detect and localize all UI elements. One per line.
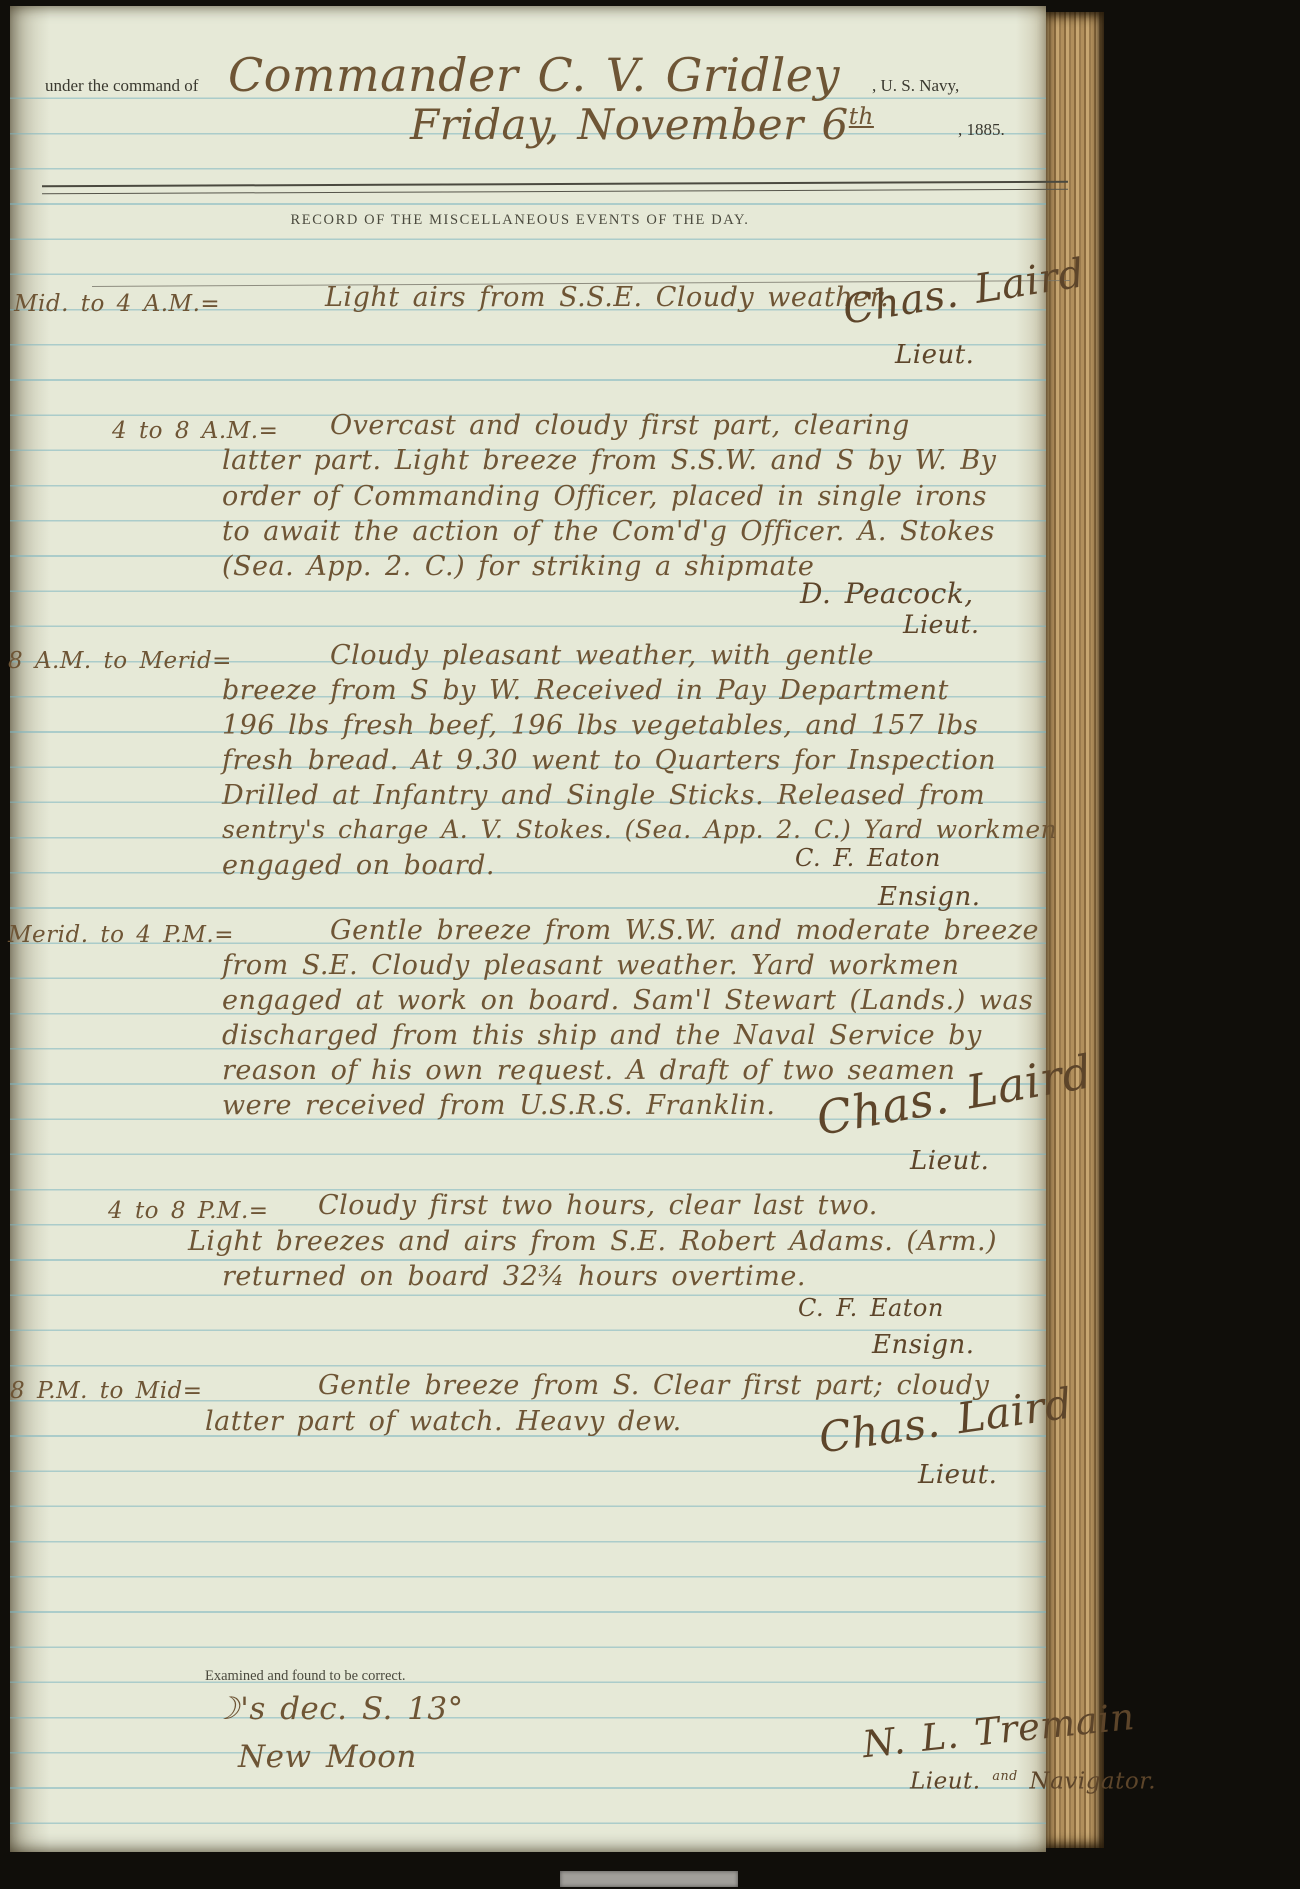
watch-label: 4 to 8 P.M.= bbox=[108, 1200, 269, 1223]
signature-rank: Lieut. bbox=[910, 1148, 989, 1174]
entry-line: (Sea. App. 2. C.) for striking a shipmat… bbox=[222, 553, 814, 580]
watch-label: 4 to 8 A.M.= bbox=[112, 420, 278, 443]
date-script: Friday, November 6th bbox=[410, 104, 874, 146]
watch-label: 8 P.M. to Mid= bbox=[10, 1380, 203, 1403]
entry-line: from S.E. Cloudy pleasant weather. Yard … bbox=[222, 952, 959, 979]
entry-line: were received from U.S.R.S. Franklin. bbox=[222, 1092, 775, 1119]
entry-line: Cloudy pleasant weather, with gentle bbox=[330, 642, 874, 669]
entry-line: discharged from this ship and the Naval … bbox=[222, 1022, 982, 1049]
entry-line: latter part of watch. Heavy dew. bbox=[205, 1408, 682, 1435]
rank-and-superscript: and bbox=[992, 1768, 1017, 1783]
section-title: RECORD OF THE MISCELLANEOUS EVENTS OF TH… bbox=[0, 212, 1040, 229]
entry-line: Drilled at Infantry and Single Sticks. R… bbox=[222, 782, 985, 809]
entry-line: Gentle breeze from S. Clear first part; … bbox=[318, 1372, 989, 1399]
logbook-photo: under the command of Commander C. V. Gri… bbox=[0, 0, 1300, 1889]
photo-ruler-bar bbox=[560, 1871, 738, 1887]
printed-command-prefix: under the command of bbox=[45, 76, 198, 96]
examined-statement: Examined and found to be correct. bbox=[205, 1668, 406, 1685]
entry-line: engaged on board. bbox=[222, 852, 495, 879]
entry-line: Gentle breeze from W.S.W. and moderate b… bbox=[330, 917, 1039, 944]
entry-line: Light airs from S.S.E. Cloudy weather. bbox=[325, 284, 889, 311]
signature-rank: Ensign. bbox=[878, 884, 981, 910]
signature-rank: Lieut. bbox=[895, 342, 974, 368]
entry-line: returned on board 32¾ hours overtime. bbox=[222, 1263, 806, 1290]
watch-label: Merid. to 4 P.M.= bbox=[8, 924, 234, 947]
entry-line: fresh bread. At 9.30 went to Quarters fo… bbox=[222, 747, 996, 774]
entry-line: Light breezes and airs from S.E. Robert … bbox=[188, 1228, 997, 1255]
date-ordinal: th bbox=[849, 104, 874, 130]
signature-rank: Lieut. bbox=[918, 1462, 997, 1488]
watch-label: Mid. to 4 A.M.= bbox=[14, 293, 220, 316]
printed-navy-suffix: , U. S. Navy, bbox=[872, 76, 959, 96]
entry-line: sentry's charge A. V. Stokes. (Sea. App.… bbox=[222, 817, 1057, 842]
moon-phase-note: New Moon bbox=[238, 1742, 417, 1773]
entry-line: engaged at work on board. Sam'l Stewart … bbox=[222, 987, 1033, 1014]
commander-name-script: Commander C. V. Gridley bbox=[228, 52, 840, 98]
entry-line: reason of his own request. A draft of tw… bbox=[222, 1057, 955, 1084]
watch-label: 8 A.M. to Merid= bbox=[8, 650, 232, 673]
navigator-rank: Lieut. and Navigator. bbox=[910, 1770, 1156, 1794]
signature: C. F. Eaton bbox=[798, 1296, 944, 1320]
moon-declination-note: ☽'s dec. S. 13° bbox=[212, 1694, 464, 1725]
entry-line: latter part. Light breeze from S.S.W. an… bbox=[222, 447, 996, 474]
entry-line: to await the action of the Com'd'g Offic… bbox=[222, 518, 995, 545]
entry-line: Overcast and cloudy first part, clearing bbox=[330, 412, 910, 439]
signature-rank: Lieut. bbox=[903, 612, 980, 637]
printed-year: , 1885. bbox=[958, 120, 1005, 140]
entry-line: Cloudy first two hours, clear last two. bbox=[318, 1192, 878, 1219]
signature: C. F. Eaton bbox=[795, 846, 941, 870]
signature: D. Peacock, bbox=[800, 580, 974, 608]
signature-rank: Ensign. bbox=[872, 1332, 975, 1358]
entry-line: breeze from S by W. Received in Pay Depa… bbox=[222, 677, 949, 704]
entry-line: order of Commanding Officer, placed in s… bbox=[222, 483, 987, 510]
entry-line: 196 lbs fresh beef, 196 lbs vegetables, … bbox=[222, 712, 978, 739]
